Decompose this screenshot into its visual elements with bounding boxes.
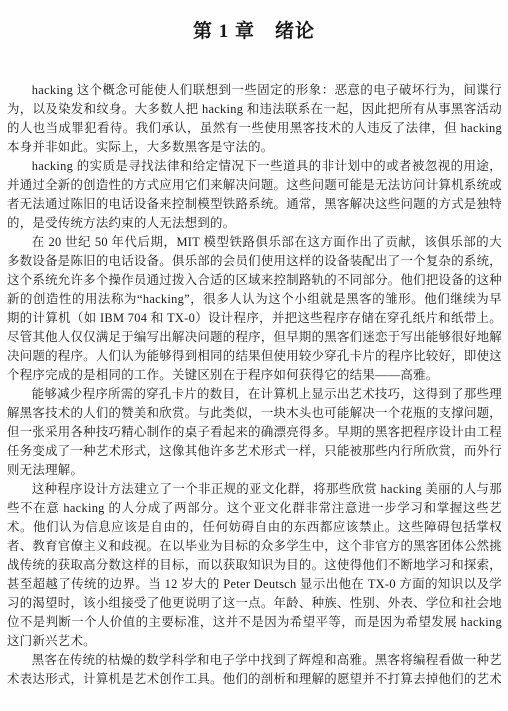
paragraph: 能够减少程序所需的穿孔卡片的数目，在计算机上显示出艺术技巧，这得到了那些理解黑客…	[7, 385, 502, 480]
paragraph: hacking 的实质是寻找法律和给定情况下一些道具的非计划中的或者被忽视的用途…	[7, 157, 502, 233]
book-page: 第 1 章 绪论 hacking 这个概念可能使人们联想到一些固定的形象：恶意的…	[0, 0, 508, 711]
paragraph: hacking 这个概念可能使人们联想到一些固定的形象：恶意的电子破坏行为，间谍…	[7, 81, 502, 157]
paragraph: 黑客在传统的枯燥的数学科学和电子学中找到了辉煌和高雅。黑客将编程看做一种艺术表达…	[7, 651, 502, 689]
paragraph: 这种程序设计方法建立了一个非正规的亚文化群，将那些欣赏 hacking 美丽的人…	[7, 480, 502, 651]
chapter-title: 第 1 章 绪论	[0, 21, 508, 43]
paragraph: 在 20 世纪 50 年代后期，MIT 模型铁路俱乐部在这方面作出了贡献，该俱乐…	[7, 233, 502, 385]
body-text: hacking 这个概念可能使人们联想到一些固定的形象：恶意的电子破坏行为，间谍…	[7, 81, 502, 689]
